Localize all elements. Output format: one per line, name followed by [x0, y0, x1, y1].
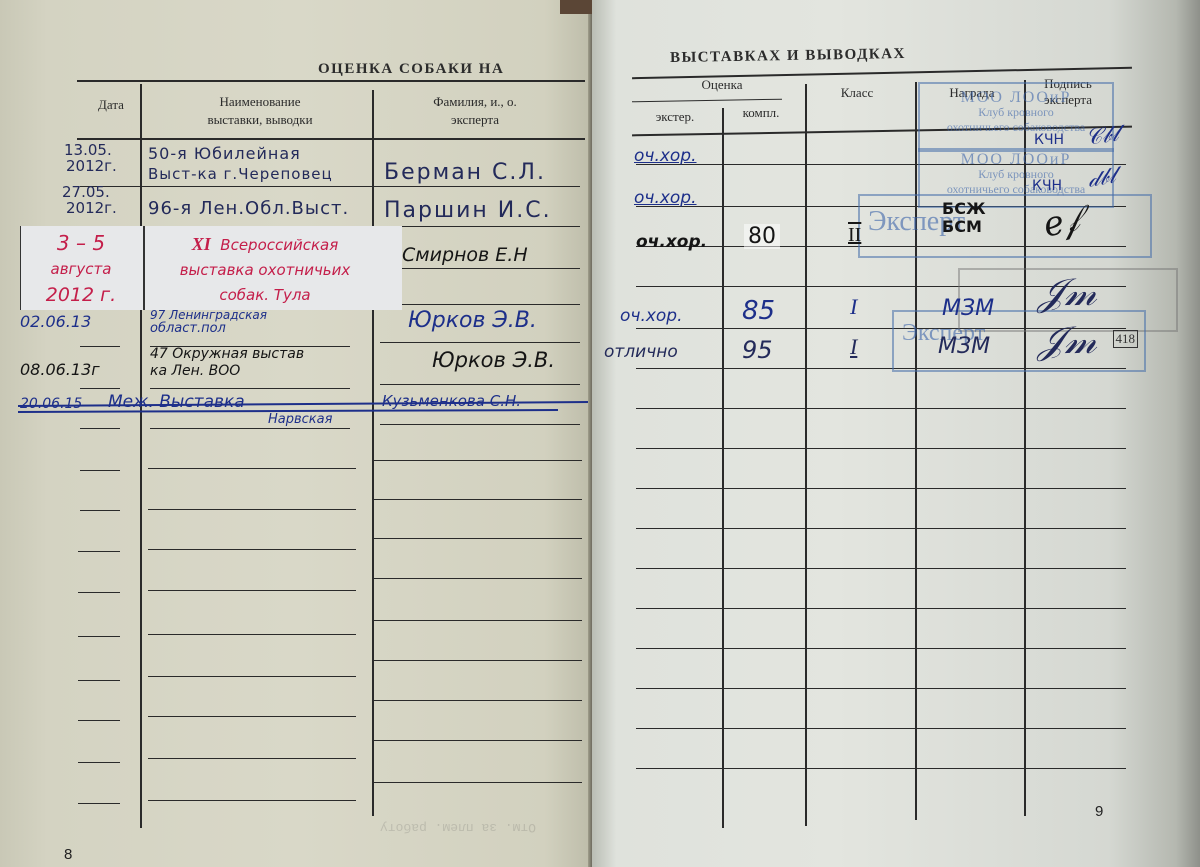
row-rule — [380, 424, 580, 425]
right-row3-award: БСЖ БСМ — [942, 200, 986, 236]
sticker-name-line2: выставка охотничьих — [145, 258, 385, 283]
column-divider-1 — [140, 84, 142, 828]
row-rule — [374, 740, 582, 741]
column-header-rating: Оценка — [682, 76, 762, 94]
stamp1-line3: охотничьего собаководства — [920, 120, 1112, 135]
right-row6-award: МЗМ — [938, 334, 990, 359]
row5-show-line1: 47 Окружная выстав — [150, 346, 304, 363]
left-page-number: 8 — [64, 846, 72, 863]
left-page-title: ОЦЕНКА СОБАКИ НА — [318, 61, 504, 78]
column-header-show-name: Наименование выставки, выводки — [150, 93, 370, 129]
stamp1-line2: Клуб кровного — [920, 105, 1112, 120]
sticker-show-name: XI Всероссийская выставка охотничьих соб… — [145, 232, 385, 308]
row-rule — [78, 680, 120, 681]
row1-date-line2: 2012г. — [64, 158, 117, 174]
column-header-show-name-line2: выставки, выводки — [150, 111, 370, 129]
column-divider-2 — [372, 90, 374, 816]
stamp2-line2: Клуб кровного — [920, 167, 1112, 182]
row-rule — [380, 304, 580, 305]
row6-show-name-struck-line2: Нарвская — [268, 412, 332, 427]
row2-date-line2: 2012г. — [62, 200, 117, 216]
row1-date-line1: 13.05. — [64, 142, 117, 158]
stamp2-line1: МОО ЛООиР — [920, 152, 1112, 167]
row-rule — [148, 800, 356, 801]
column-header-expert-line1: Фамилия, и., о. — [380, 93, 570, 111]
expert-stamp-1: Эксперт — [858, 194, 1152, 258]
bleed-through-text: Отм. за плем. работу — [380, 820, 536, 835]
header-bottom-rule — [77, 138, 585, 140]
right-row6-exterior: отлично — [604, 342, 678, 362]
row4-expert: Юрков Э.В. — [408, 308, 537, 333]
right-row5-signature: 𝒥𝓂 — [1038, 270, 1096, 315]
row-rule — [78, 636, 120, 637]
row1-expert: Берман С.Л. — [384, 160, 546, 185]
row5-expert: Юрков Э.В. — [432, 348, 555, 372]
row4-show-line2: област.пол — [150, 322, 267, 336]
row-rule — [148, 468, 356, 469]
row-rule — [636, 648, 1126, 649]
right-row1-exterior: оч.хор. — [634, 146, 697, 166]
row-rule — [78, 803, 120, 804]
row-rule — [78, 762, 120, 763]
right-row6-signature: 𝒥𝓂 — [1038, 318, 1096, 363]
row-rule — [380, 384, 580, 385]
sticker-name-line1-text: Всероссийская — [220, 236, 338, 254]
column-header-expert: Фамилия, и., о. эксперта — [380, 93, 570, 129]
row1-show-line1: 50-я Юбилейная — [148, 144, 333, 164]
right-row3-award-line1: БСЖ — [942, 200, 986, 218]
row-rule — [636, 488, 1126, 489]
row-rule — [636, 568, 1126, 569]
row-rule — [374, 538, 582, 539]
rating-subheader-rule — [632, 99, 782, 103]
row-rule — [148, 509, 356, 510]
right-page: ВЫСТАВКАХ И ВЫВОДКАХ Оценка экстер. комп… — [592, 0, 1200, 867]
row2-expert: Паршин И.С. — [384, 198, 552, 223]
sticker-name-line3: собак. Тула — [145, 283, 385, 308]
row-rule — [636, 448, 1126, 449]
column-header-exterior: экстер. — [638, 108, 712, 126]
row-rule — [150, 428, 350, 429]
right-row5-exterior: оч.хор. — [620, 306, 683, 326]
row-rule — [636, 528, 1126, 529]
row5-show-line2: ка Лен. ВОО — [150, 363, 304, 380]
expert-stamp-2-number: 418 — [1113, 330, 1139, 348]
row-rule — [374, 499, 582, 500]
show-sticker: 3 – 5 августа 2012 г. XI Всероссийская в… — [20, 226, 402, 310]
row4-show-line1: 97 Ленинградская — [150, 308, 267, 322]
row1-show-name: 50-я Юбилейная Выст-ка г.Череповец — [148, 144, 333, 184]
right-row2-signature: 𝒹𝒷𝓁 — [1086, 163, 1118, 192]
row-rule — [636, 408, 1126, 409]
row4-date: 02.06.13 — [20, 312, 91, 331]
row-rule — [374, 578, 582, 579]
row-rule — [374, 782, 582, 783]
left-page: Отм. за плем. работу ОЦЕНКА СОБАКИ НА Да… — [0, 0, 592, 867]
row1-show-line2: Выст-ка г.Череповец — [148, 164, 333, 184]
header-top-rule — [77, 80, 585, 82]
column-header-expert-line2: эксперта — [380, 111, 570, 129]
expert-stamp-2: Эксперт 418 — [892, 310, 1146, 372]
row-rule — [374, 620, 582, 621]
row-rule — [148, 634, 356, 635]
row-rule — [80, 186, 580, 187]
sticker-date: 3 – 5 августа 2012 г. — [21, 230, 141, 308]
row2-date: 27.05. 2012г. — [62, 184, 117, 216]
row5-date: 08.06.13г — [20, 360, 100, 379]
row4-show-name: 97 Ленинградская област.пол — [150, 308, 267, 336]
right-row6-class: I — [850, 334, 857, 360]
row2-show-name: 96-я Лен.Обл.Выст. — [148, 198, 349, 219]
row-rule — [148, 676, 356, 677]
row-rule — [80, 510, 120, 511]
right-row6-complex: 95 — [742, 336, 773, 364]
row-rule — [374, 460, 582, 461]
row1-date: 13.05. 2012г. — [64, 142, 117, 174]
row5-show-name: 47 Окружная выстав ка Лен. ВОО — [150, 346, 304, 380]
column-divider-1 — [722, 108, 724, 828]
column-header-date: Дата — [80, 96, 142, 114]
row-rule — [78, 551, 120, 552]
row-rule — [80, 388, 120, 389]
right-row1-signature: 𝒞𝒷𝓁 — [1084, 122, 1120, 151]
sticker-name-line1: XI Всероссийская — [145, 232, 385, 258]
column-header-complex: компл. — [726, 104, 796, 122]
row-rule — [380, 268, 580, 269]
stamp1-line1: МОО ЛООиР — [920, 90, 1112, 105]
right-row5-class: I — [850, 294, 857, 320]
row6-show-name-struck: Меж. Выставка — [108, 392, 245, 412]
right-row3-class: II — [848, 224, 861, 247]
sticker-numeral: XI — [192, 234, 211, 254]
row-rule — [80, 428, 120, 429]
row-rule — [636, 768, 1126, 769]
row-rule — [148, 549, 356, 550]
column-divider-3 — [915, 82, 917, 820]
row-rule — [148, 590, 356, 591]
column-header-show-name-line1: Наименование — [150, 93, 370, 111]
row-rule — [78, 592, 120, 593]
right-page-title: ВЫСТАВКАХ И ВЫВОДКАХ — [670, 46, 906, 67]
row-rule — [80, 346, 120, 347]
right-row3-exterior: оч.хор. — [636, 232, 707, 252]
column-header-class: Класс — [812, 84, 902, 102]
row-rule — [636, 608, 1126, 609]
sticker-date-line3: 2012 г. — [21, 282, 141, 308]
row-rule — [374, 700, 582, 701]
right-row1-award: КЧН — [1034, 132, 1064, 148]
row-rule — [374, 660, 582, 661]
row2-date-line1: 27.05. — [62, 184, 117, 200]
right-page-number: 9 — [1095, 803, 1103, 820]
right-row3-award-line2: БСМ — [942, 218, 986, 236]
row-rule — [148, 758, 356, 759]
sticker-date-line1: 3 – 5 — [21, 230, 141, 256]
row-rule — [148, 716, 356, 717]
row-rule — [80, 470, 120, 471]
row-rule — [636, 688, 1126, 689]
row-rule — [78, 720, 120, 721]
right-row3-complex: 80 — [744, 224, 780, 249]
row-rule — [150, 388, 350, 389]
right-row2-award: КЧН — [1032, 178, 1062, 194]
row3-expert: Смирнов Е.Н — [402, 244, 528, 266]
row-rule — [636, 728, 1126, 729]
row-rule — [380, 342, 580, 343]
right-row5-complex: 85 — [742, 296, 775, 326]
right-row2-exterior: оч.хор. — [634, 188, 697, 208]
sticker-date-line2: августа — [21, 256, 141, 282]
club-stamp-1: МОО ЛООиР Клуб кровного охотничьего соба… — [918, 82, 1114, 152]
right-row5-award: МЗМ — [942, 296, 994, 321]
column-divider-2 — [805, 84, 807, 826]
